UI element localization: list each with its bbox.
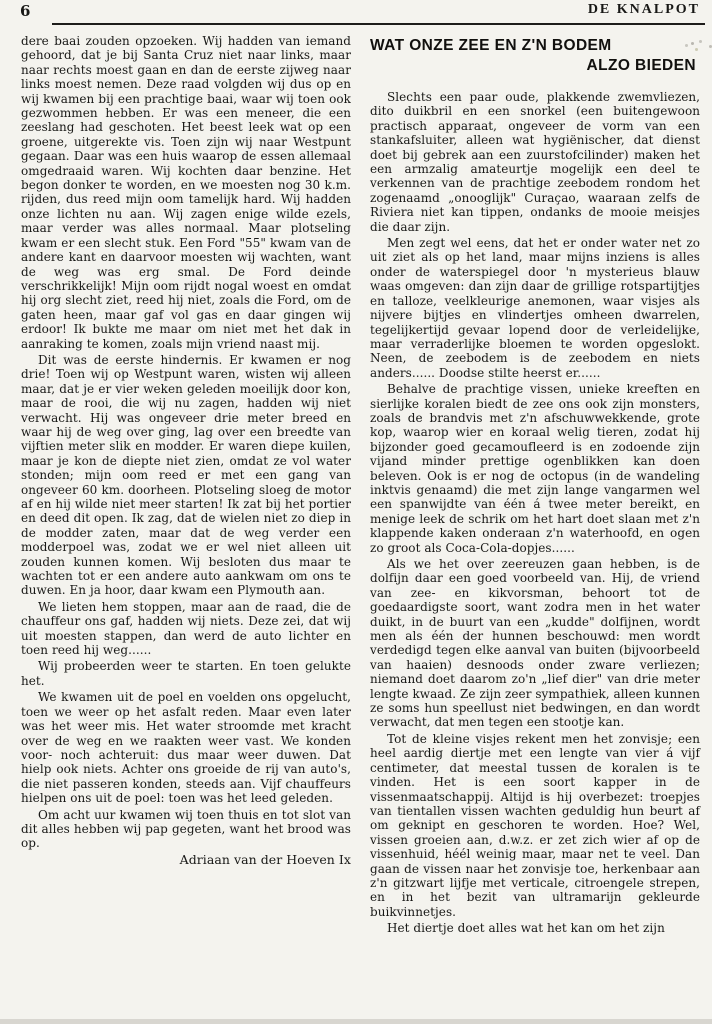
paragraph: Als we het over zeereuzen gaan hebben, i… bbox=[370, 557, 700, 730]
paragraph: Slechts een paar oude, plakkende zwemvli… bbox=[370, 90, 700, 234]
left-column-article: dere baai zouden opzoeken. Wij hadden va… bbox=[21, 34, 351, 936]
paragraph: Behalve de prachtige vissen, unieke kree… bbox=[370, 382, 700, 555]
paragraph: Om acht uur kwamen wij toen thuis en tot… bbox=[21, 808, 351, 851]
article-title-line2: ALZO BIEDEN bbox=[370, 56, 700, 76]
paragraph: Men zegt wel eens, dat het er onder wate… bbox=[370, 236, 700, 380]
paragraph: Het diertje doet alles wat het kan om he… bbox=[370, 921, 700, 935]
paragraph: We kwamen uit de poel en voelden ons opg… bbox=[21, 690, 351, 805]
paragraph: Wij probeerden weer te starten. En toen … bbox=[21, 659, 351, 688]
right-column-article: WAT ONZE ZEE EN Z'N BODEM ALZO BIEDEN Sl… bbox=[370, 34, 700, 936]
paragraph: Dit was de eerste hindernis. Er kwamen e… bbox=[21, 353, 351, 598]
scan-noise-speckles bbox=[691, 42, 694, 45]
two-column-body: dere baai zouden opzoeken. Wij hadden va… bbox=[0, 34, 712, 936]
page-number: 6 bbox=[20, 2, 30, 20]
author-signature: Adriaan van der Hoeven Ix bbox=[21, 853, 351, 867]
paragraph: Tot de kleine visjes rekent men het zonv… bbox=[370, 732, 700, 919]
scanned-magazine-page: 6 DE KNALPOT dere baai zouden opzoeken. … bbox=[0, 0, 712, 1024]
article-title: WAT ONZE ZEE EN Z'N BODEM ALZO BIEDEN bbox=[370, 36, 700, 76]
article-title-line1: WAT ONZE ZEE EN Z'N BODEM bbox=[370, 37, 612, 54]
masthead-title: DE KNALPOT bbox=[588, 2, 702, 18]
paragraph: We lieten hem stoppen, maar aan de raad,… bbox=[21, 600, 351, 658]
header-divider-rule bbox=[52, 23, 705, 25]
page-header: 6 DE KNALPOT bbox=[0, 0, 712, 20]
bottom-scan-edge bbox=[0, 1019, 712, 1024]
paragraph: dere baai zouden opzoeken. Wij hadden va… bbox=[21, 34, 351, 351]
